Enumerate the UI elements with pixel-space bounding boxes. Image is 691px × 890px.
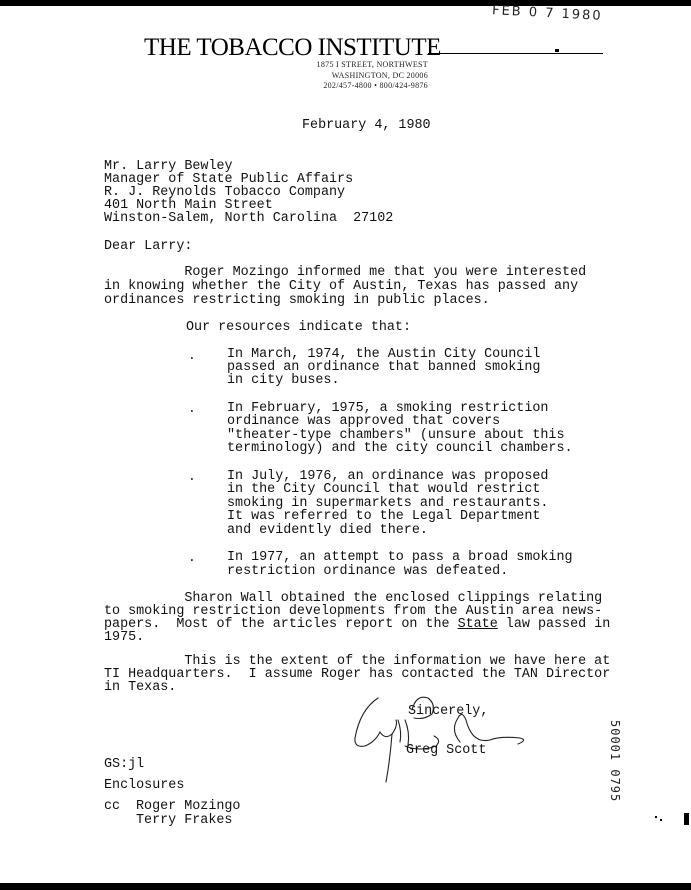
scan-artifact xyxy=(655,816,657,818)
scan-artifact xyxy=(660,819,662,821)
bullet-marker: . xyxy=(188,550,196,565)
scan-border-bottom xyxy=(0,883,691,890)
bullet-line: terminology) and the city council chambe… xyxy=(227,442,573,456)
bullet-line: ordinance was approved that covers xyxy=(227,415,500,429)
bullet-line: in city buses. xyxy=(227,374,340,388)
bullet-marker: . xyxy=(188,401,196,416)
bates-number: 50001 0795 xyxy=(608,720,622,802)
letterhead-city: WASHINGTON, DC 20006 xyxy=(290,71,428,82)
bullet-marker: . xyxy=(188,469,196,484)
cc-recipient: Terry Frakes xyxy=(136,814,232,828)
paragraph-2-line: 1975. xyxy=(104,631,144,645)
paragraph-3-line: in Texas. xyxy=(104,681,176,695)
bullet-line: restriction ordinance was defeated. xyxy=(227,565,508,579)
letterhead-phone: 202/457-4800 • 800/424-9876 xyxy=(290,81,428,92)
letterhead-street: 1875 I STREET, NORTHWEST xyxy=(290,60,428,71)
paragraph-1-line: ordinances restricting smoking in public… xyxy=(104,294,490,308)
letter-date: February 4, 1980 xyxy=(302,119,431,133)
signer-name: Greg Scott xyxy=(406,744,486,758)
enclosures-note: Enclosures xyxy=(104,779,184,793)
cc-recipient: Roger Mozingo xyxy=(136,800,240,814)
text-run: law passed in xyxy=(498,617,611,632)
bullet-line: It was referred to the Legal Department xyxy=(227,510,540,524)
salutation: Dear Larry: xyxy=(104,240,192,254)
scan-artifact xyxy=(684,813,689,825)
bullet-marker: . xyxy=(188,348,196,363)
underlined-state: State xyxy=(458,617,498,632)
received-date-stamp: FEB 0 7 1980 xyxy=(492,3,603,24)
bullet-line: in the City Council that would restrict xyxy=(227,483,540,497)
cc-label: cc xyxy=(104,800,120,814)
bullet-line: In 1977, an attempt to pass a broad smok… xyxy=(227,551,573,565)
letterhead-mark xyxy=(555,49,559,52)
text-run: papers. Most of the articles report on t… xyxy=(104,617,458,632)
typist-initials: GS:jl xyxy=(104,758,144,772)
bullet-line: and evidently died there. xyxy=(227,524,428,538)
paragraph-2-line: papers. Most of the articles report on t… xyxy=(104,618,610,632)
letterhead-organization: THE TOBACCO INSTITUTE xyxy=(144,34,441,62)
letterhead-rule xyxy=(428,53,603,54)
intro-line: Our resources indicate that: xyxy=(186,321,411,335)
paragraph-3-line: TI Headquarters. I assume Roger has cont… xyxy=(104,668,610,682)
paragraph-1-line: Roger Mozingo informed me that you were … xyxy=(104,266,586,280)
letterhead-address: 1875 I STREET, NORTHWEST WASHINGTON, DC … xyxy=(290,60,428,92)
scan-border-top xyxy=(0,0,691,6)
recipient-city: Winston-Salem, North Carolina 27102 xyxy=(104,212,393,226)
paragraph-1-line: in knowing whether the City of Austin, T… xyxy=(104,280,578,294)
